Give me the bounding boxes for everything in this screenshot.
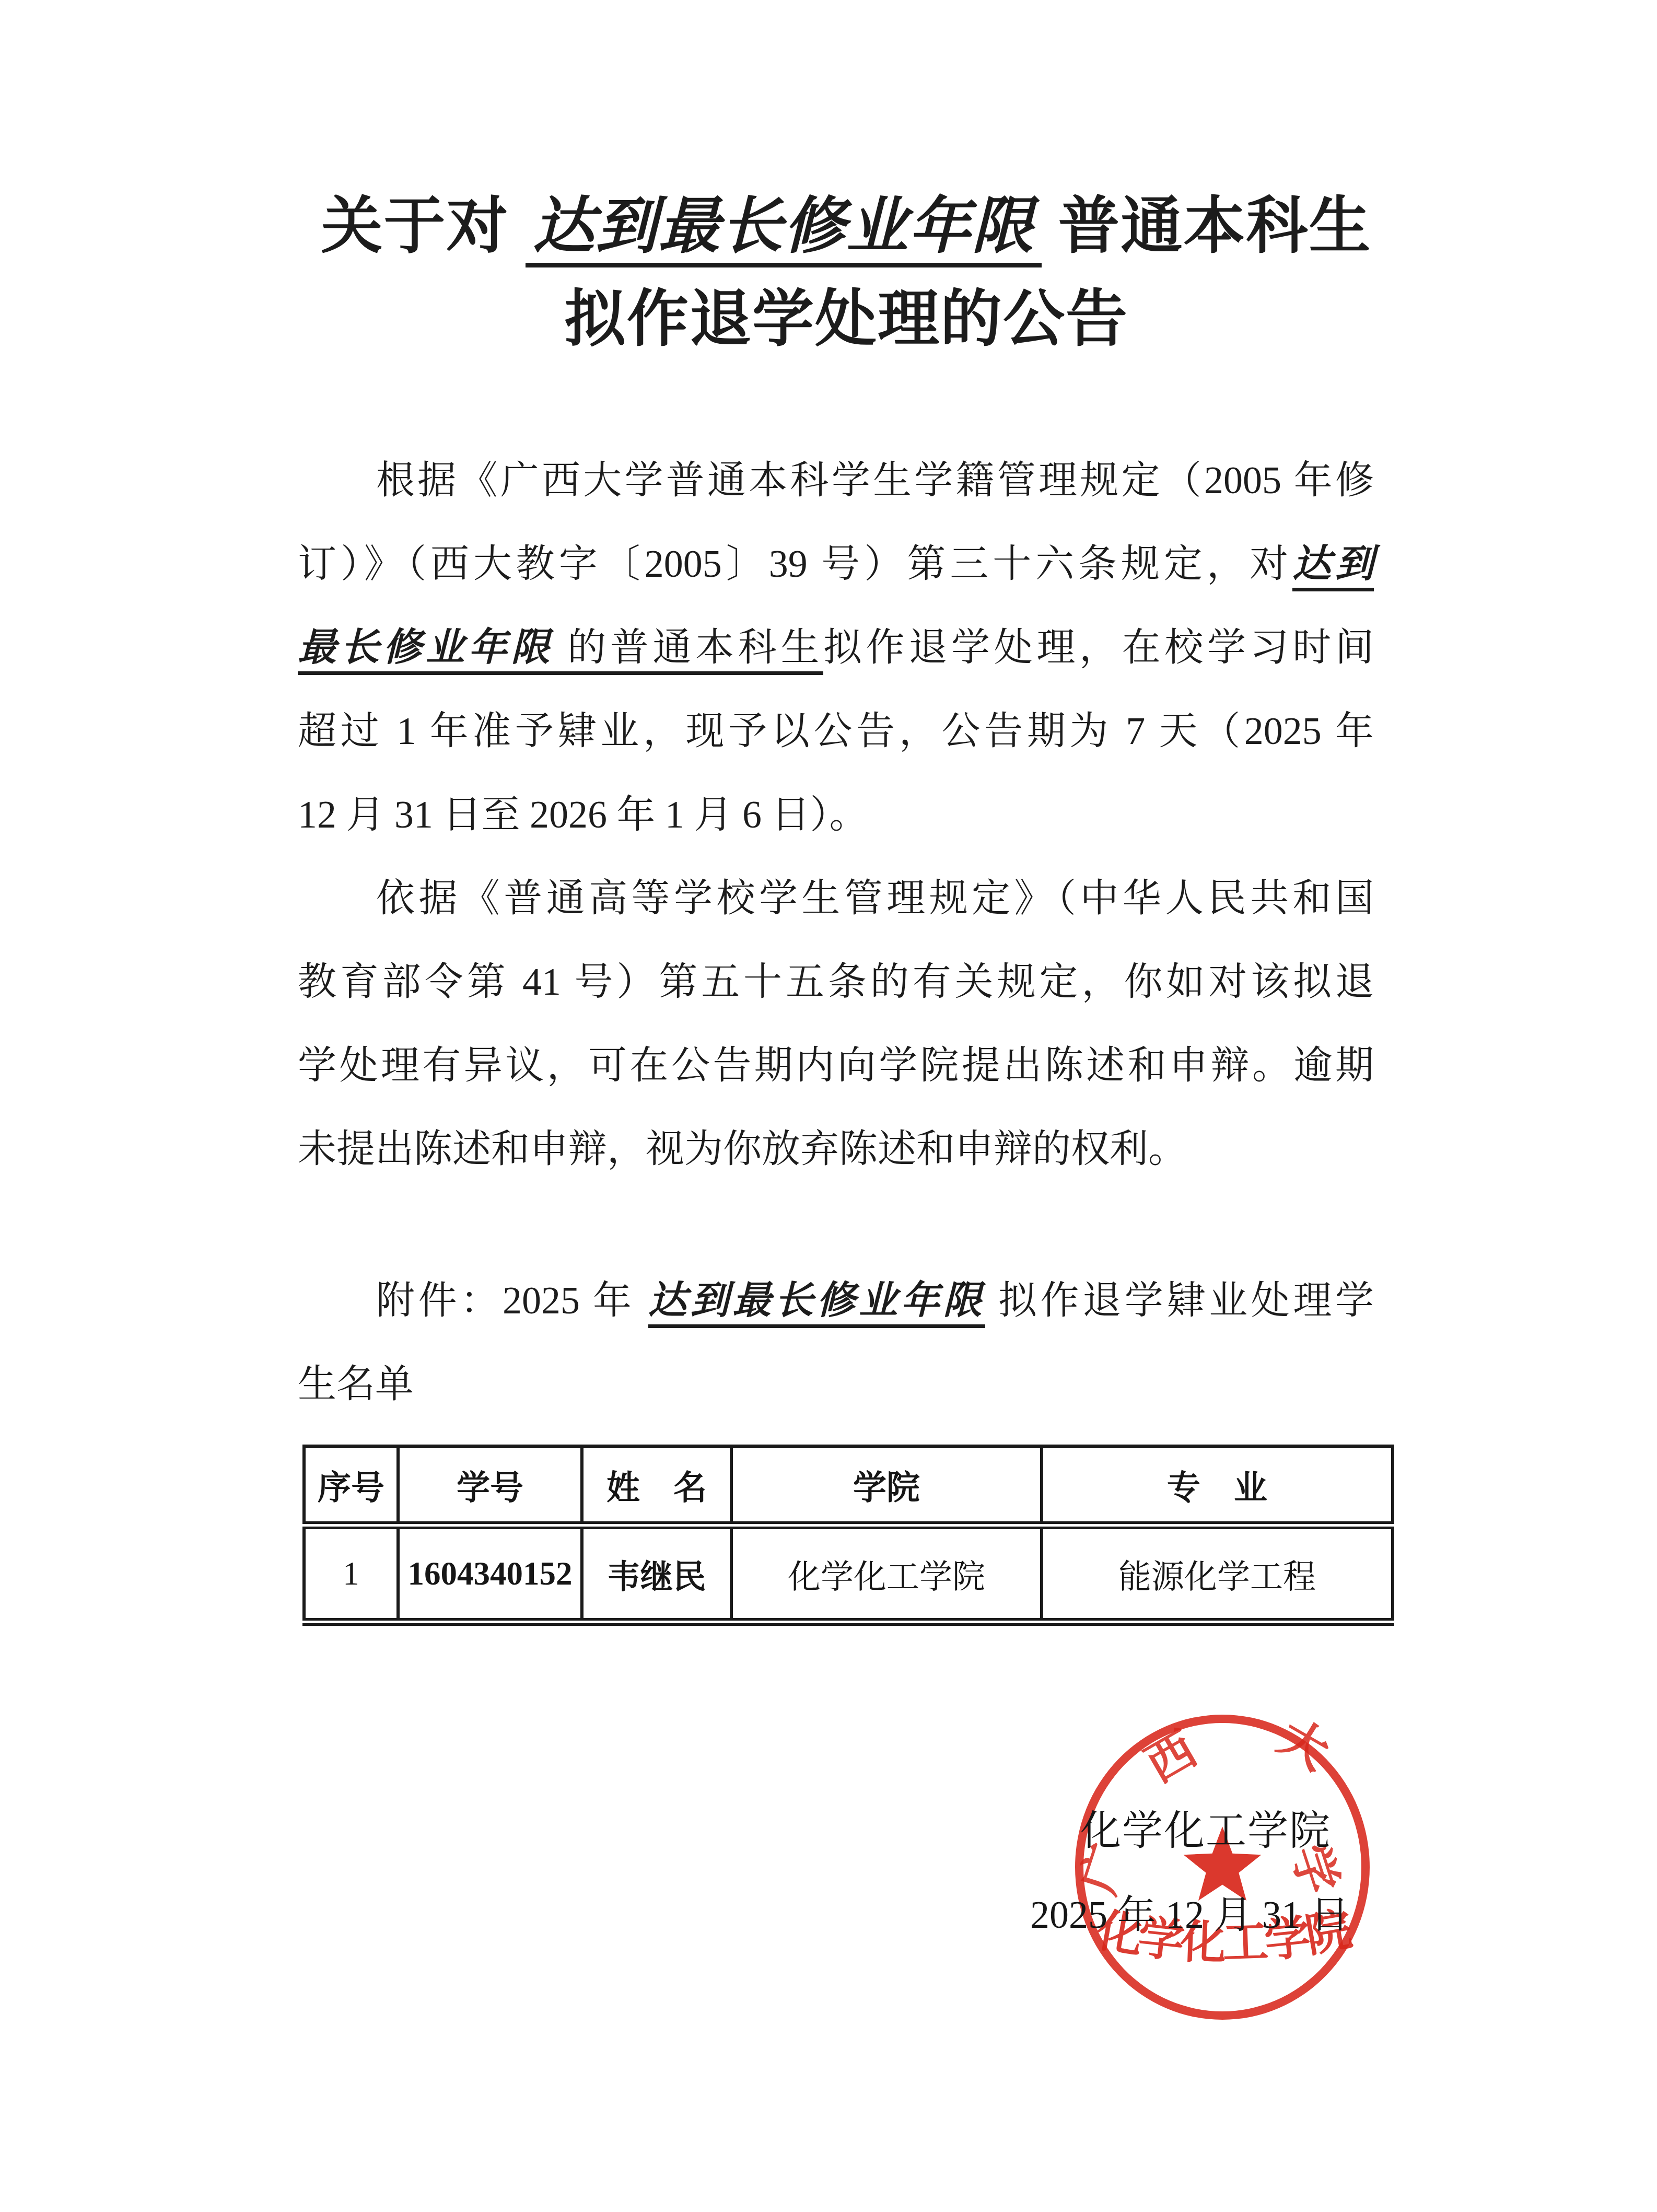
attachment-note-line2: 生名单	[298, 1343, 1374, 1426]
col-header-student-id: 学号	[398, 1447, 582, 1526]
title-prefix: 关于对	[321, 192, 526, 261]
page-title-line2: 拟作退学处理的公告	[303, 273, 1390, 366]
paragraph1-line5: 12 月 31 日至 2026 年 1 月 6 日）。	[298, 773, 1374, 857]
students-table: 序号 学号 姓 名 学院 专 业 1 1604340152 韦继民 化学化工学院…	[302, 1445, 1394, 1626]
table-row: 1 1604340152 韦继民 化学化工学院 能源化学工程	[304, 1526, 1393, 1622]
col-header-major: 专 业	[1042, 1447, 1393, 1526]
col-header-college: 学院	[731, 1447, 1042, 1526]
col-header-index: 序号	[304, 1447, 398, 1526]
signature-department: 化学化工学院	[1080, 1798, 1331, 1857]
paragraph1-line2: 订）》（西大教字〔2005〕39 号）第三十六条规定，对达到	[298, 522, 1374, 606]
attachment-emphasis-underlined: 达到最长修业年限	[648, 1279, 985, 1328]
paragraph1-line2-emphasis: 达到	[1292, 543, 1374, 591]
paragraph2-line4: 未提出陈述和申辩，视为你放弃陈述和申辩的权利。	[298, 1108, 1374, 1191]
paragraph2-line1: 依据《普通高等学校学生管理规定》（中华人民共和国	[298, 857, 1374, 940]
cell-student-id: 1604340152	[398, 1526, 582, 1622]
announcement-page: 关于对 达到最长修业年限 普通本科生 拟作退学处理的公告 根据《广西大学普通本科…	[0, 0, 1657, 2212]
paragraph1-line3: 最长修业年限 的普通本科生拟作退学处理，在校学习时间	[298, 606, 1374, 690]
paragraph1-line3-emphasis: 最长修业年限	[298, 626, 554, 675]
attachment-note-line1: 附件：2025 年 达到最长修业年限 拟作退学肄业处理学	[298, 1259, 1374, 1343]
paragraph2-line3: 学处理有异议，可在公告期内向学院提出陈述和申辩。逾期	[298, 1024, 1374, 1108]
page-title: 关于对 达到最长修业年限 普通本科生 拟作退学处理的公告	[303, 180, 1390, 366]
paragraph1-line3-underlined: 的普通本科生	[554, 626, 823, 675]
title-emphasis-underlined: 达到最长修业年限	[526, 192, 1042, 267]
page-title-line1: 关于对 达到最长修业年限 普通本科生	[303, 180, 1390, 273]
paragraph1-line1: 根据《广西大学普通本科学生学籍管理规定（2005 年修	[298, 439, 1374, 522]
attachment-prefix: 附件：2025 年	[376, 1279, 648, 1322]
col-header-name: 姓 名	[582, 1447, 731, 1526]
attachment-suffix: 拟作退学肄业处理学	[985, 1279, 1374, 1322]
cell-college: 化学化工学院	[731, 1526, 1042, 1622]
cell-index: 1	[304, 1526, 398, 1622]
official-seal: 广 西 大 学 化学化工学院	[1075, 1715, 1370, 2020]
cell-major: 能源化学工程	[1042, 1526, 1393, 1622]
signature-date: 2025 年 12 月 31 日	[1030, 1884, 1349, 1939]
paragraph2-line2: 教育部令第 41 号）第五十五条的有关规定，你如对该拟退	[298, 940, 1374, 1024]
table-header-row: 序号 学号 姓 名 学院 专 业	[304, 1447, 1393, 1526]
title-suffix: 普通本科生	[1042, 192, 1372, 261]
document-body: 根据《广西大学普通本科学生学籍管理规定（2005 年修 订）》（西大教字〔200…	[298, 439, 1374, 1426]
cell-name: 韦继民	[582, 1526, 731, 1622]
paragraph1-line3-text: 拟作退学处理，在校学习时间	[823, 626, 1374, 669]
paragraph1-line2-text: 订）》（西大教字〔2005〕39 号）第三十六条规定，对	[298, 543, 1292, 586]
paragraph1-line4: 超过 1 年准予肄业，现予以公告，公告期为 7 天（2025 年	[298, 690, 1374, 773]
